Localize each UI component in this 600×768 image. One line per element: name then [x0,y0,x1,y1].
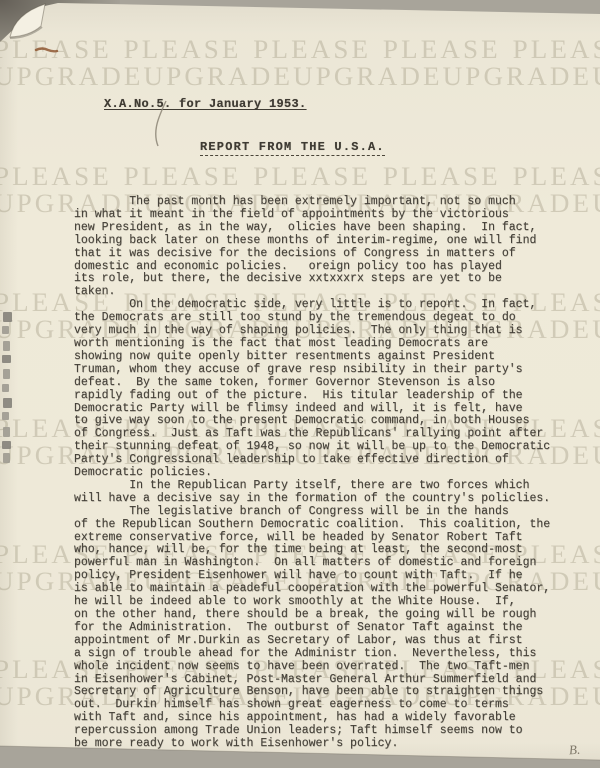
text-line: will have a decisive say in the formatio… [74,493,579,506]
text-line: Truman, whom they accuse of grave resp n… [74,364,579,377]
text-line: for the Administration. The outburst of … [74,622,579,635]
text-line: appointment of Mr.Durkin as Secretary of… [74,635,579,648]
text-line: whole incident now seems to have been ov… [74,661,579,674]
text-line: a sign of trouble ahead for the Administ… [74,648,579,661]
perforation-mark [3,341,10,351]
perforation-mark [3,453,10,463]
perforation-mark [2,441,11,449]
perforation-mark [3,369,10,379]
perforation-mark [3,312,12,322]
text-line: The past month has been extremely import… [74,196,579,209]
text-line: that it was decisive for the decisions o… [74,248,579,261]
document-title: REPORT FROM THE U.S.A. [200,140,385,156]
text-line: defeat. By the same token, former Govern… [74,377,579,390]
text-line: new President, as in the way, olicies ha… [74,222,579,235]
perforation-mark [3,427,10,437]
perforation-mark [2,384,9,392]
text-line: be more ready to work with Eisenhower's … [74,738,579,751]
text-line: Democratic policies. [74,467,579,480]
perforation-mark [2,326,9,334]
text-line: showing now quite openly bitter resentme… [74,351,579,364]
perforation-mark [3,398,12,408]
text-line: The legislative branch of Congress will … [74,506,579,519]
text-line: looking back later on these months of in… [74,235,579,248]
document-heading: X.A.No.5. for January 1953. [104,97,307,111]
pencil-page-mark: B. [568,742,580,759]
text-line: its role, but there, the decisive xxtxxx… [74,273,579,286]
text-line: worth mentioning is the fact that most l… [74,338,579,351]
text-line: on the other hand, there should be a bre… [74,609,579,622]
text-line: of the Republican Southern Democratic co… [74,519,579,532]
text-line: in what it meant in the field of appoint… [74,209,579,222]
perforation-mark [2,412,9,420]
perforation-mark [2,355,11,363]
text-line: rapidly fading out of the picture. His t… [74,390,579,403]
document-body-text: The past month has been extremely import… [74,196,579,751]
text-line: In the Republican Party itself, there ar… [74,480,579,493]
